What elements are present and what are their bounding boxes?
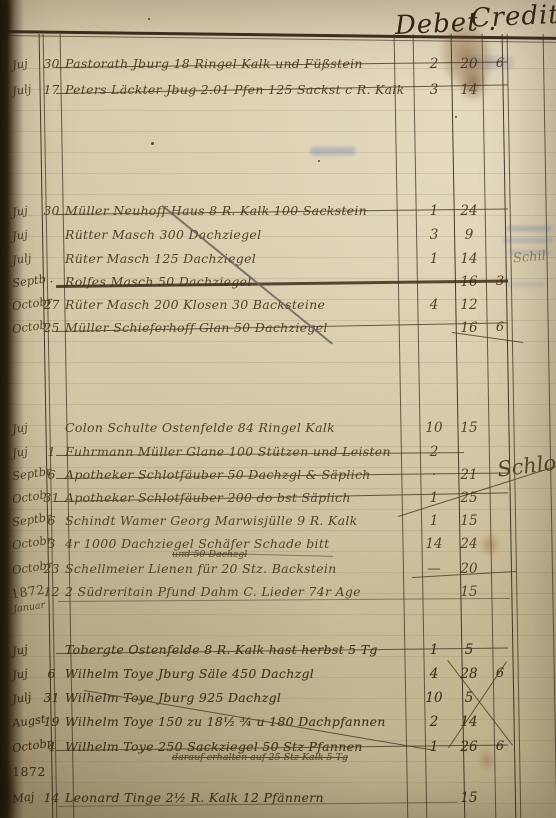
ledger-entry: Juj Colon Schulte Ostenfelde 84 Ringel K…: [0, 420, 556, 444]
amount-groschen: 9: [452, 227, 486, 243]
amount-groschen: 21: [452, 467, 486, 483]
amount-thaler: 2: [415, 714, 453, 730]
entry-day: 27: [41, 297, 62, 312]
amount-thaler: 4: [415, 666, 453, 682]
ledger-entry: Septbr 6 Apotheker Schlotfäuber 50 Dachz…: [0, 467, 556, 491]
amount-thaler: 2: [415, 56, 453, 72]
entry-day: 3: [41, 536, 62, 551]
ledger-entry: Augst 19 Wilhelm Toye 150 zu 18½ ¾ u 180…: [0, 714, 556, 738]
amount-thaler: 3: [415, 82, 453, 98]
entry-day: 6: [41, 513, 62, 528]
book-gutter-shadow: [0, 0, 30, 70]
amount-groschen: 24: [452, 536, 486, 552]
amount-groschen: 15: [452, 513, 486, 529]
ledger-entry: Septb · Rolfes Masch 50 Dachziegel 16 3: [0, 274, 556, 298]
ink-speck: [318, 160, 320, 162]
ledger-entry: Juj Rütter Masch 300 Dachziegel 3 9: [0, 227, 556, 251]
entry-day: 19: [41, 714, 62, 729]
entry-note: und 50 Dachzgl: [172, 549, 247, 560]
ledger-entry: 1872 Januar 12 2 Südreritain Pfund Dahm …: [0, 584, 556, 608]
amount-thaler: 1: [415, 513, 453, 529]
ledger-entry: Juj 30 Pastorath Jburg 18 Ringel Kalk un…: [0, 56, 556, 80]
ledger-entry: Octobr 4 Wilhelm Toye 250 Sackziegel 50 …: [0, 739, 556, 763]
entry-description: Rüter Masch 200 Klosen 30 Backsteine: [65, 297, 410, 312]
entry-day: 12: [41, 584, 62, 599]
ink-speck: [455, 116, 457, 118]
amount-thaler: 1: [415, 642, 453, 658]
ink-speck: [151, 142, 154, 145]
ink-speck: [148, 18, 150, 20]
ledger-entry: Juj 6 Wilhelm Toye Jburg Säle 450 Dachzg…: [0, 666, 556, 690]
ledger-page: Debet . Credit Juj 30 Pastorath Jburg 18…: [0, 0, 556, 818]
amount-thaler: 1: [415, 203, 453, 219]
amount-thaler: 14: [415, 536, 453, 552]
ledger-entry: Julj Rüter Masch 125 Dachziegel 1 14: [0, 251, 556, 275]
entry-description: Rütter Masch 300 Dachziegel: [65, 227, 410, 242]
ledger-entry: Juj Tobergte Ostenfelde 8 R. Kalk hast h…: [0, 642, 556, 666]
amount-thaler: 4: [415, 297, 453, 313]
entry-description: Schindt Wamer Georg Marwisjülle 9 R. Kal…: [65, 513, 410, 528]
ledger-entry: Juj 30 Müller Neuhoff Haus 8 R. Kalk 100…: [0, 203, 556, 227]
amount-groschen: 24: [452, 203, 486, 219]
entry-day: 17: [41, 82, 62, 97]
entry-description: Schellmeier Lienen für 20 Stz. Backstein: [65, 561, 410, 576]
entry-day: 6: [41, 666, 62, 681]
ledger-entry: Septbr 6 Schindt Wamer Georg Marwisjülle…: [0, 513, 556, 537]
amount-pfennig: 6: [487, 56, 513, 71]
amount-thaler: ·: [415, 467, 453, 483]
amount-thaler: 10: [415, 420, 453, 436]
entry-note: darauf erhalten auf 25 Stz Kalk 5 Tg: [172, 752, 348, 763]
ledger-entry: 1872: [0, 764, 556, 788]
amount-groschen: 5: [452, 642, 486, 658]
entry-day: 23: [41, 561, 62, 576]
entry-day: 31: [41, 490, 62, 505]
ledger-entry: Julj 17 Peters Läckter Jbug 2.01 Pfen 12…: [0, 82, 556, 106]
entry-day: 30: [41, 56, 62, 71]
ledger-entry: Octobr 3 4r 1000 Dachziegel Schäfer Scha…: [0, 536, 556, 560]
entry-day: 1: [41, 444, 62, 459]
amount-groschen: 26: [452, 739, 486, 755]
amount-groschen: 15: [452, 420, 486, 436]
ledger-entry: Octob 25 Müller Schieferhoff Glan 50 Dac…: [0, 320, 556, 344]
ledger-entry: Maj 14 Leonard Tinge 2½ R. Kalk 12 Pfänn…: [0, 790, 556, 814]
book-gutter-shadow: [0, 0, 24, 818]
margin-note: Schil: [512, 249, 546, 267]
ledger-entry: Juj 1 Fuhrmann Müller Glane 100 Stützen …: [0, 444, 556, 468]
amount-thaler: 10: [415, 690, 453, 706]
entry-description: Rüter Masch 125 Dachziegel: [65, 251, 410, 266]
amount-thaler: 1: [415, 251, 453, 267]
entry-description: Wilhelm Toye Jburg 925 Dachzgl: [65, 690, 410, 705]
entry-description: Fuhrmann Müller Glane 100 Stützen und Le…: [65, 444, 410, 459]
entry-description: Wilhelm Toye Jburg Säle 450 Dachzgl: [65, 666, 410, 681]
entry-day: 6: [41, 467, 62, 482]
entry-day: 31: [41, 690, 62, 705]
amount-groschen: 12: [452, 297, 486, 313]
entry-day: 30: [41, 203, 62, 218]
book-gutter-shadow: [0, 740, 34, 818]
entry-day: 14: [41, 790, 62, 805]
entry-day: 25: [41, 320, 62, 335]
amount-groschen: 20: [452, 56, 486, 72]
amount-groschen: 15: [452, 790, 486, 806]
ink-bleedthrough: [310, 147, 356, 155]
amount-thaler: 3: [415, 227, 453, 243]
entry-description: 2 Südreritain Pfund Dahm C. Lieder 74r A…: [65, 584, 410, 599]
entry-day: 4: [41, 739, 62, 754]
entry-description: Colon Schulte Ostenfelde 84 Ringel Kalk: [65, 420, 410, 435]
amount-groschen: 14: [452, 251, 486, 267]
